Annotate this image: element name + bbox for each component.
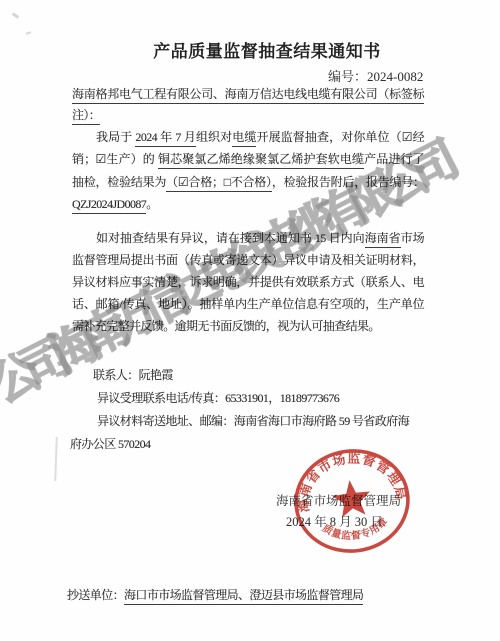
scan-speck xyxy=(12,12,19,18)
text-segment: 联系人：阮艳霞 xyxy=(93,368,173,382)
text-line: QZJ2024JD0087。 xyxy=(72,196,424,212)
text-segment: 抽检，检验结果为 xyxy=(72,175,166,189)
text-segment: 我局于 xyxy=(96,130,135,144)
text-segment: 话、邮箱/传真、地址）。抽样单内生产单位信息有空项的，生产单位 xyxy=(72,297,424,311)
text-line: 我局于 2024 年 7 月组织对电缆开展监督抽查，对你单位（☑经 xyxy=(72,129,424,145)
scan-speck xyxy=(26,31,31,35)
text-line: 销；☑生产）的 铜芯聚氯乙烯绝缘聚氯乙烯护套软电缆产品进行了 xyxy=(72,151,424,167)
underlined-text: 海口市市场监督管理局、澄迈县市场监督管理局 xyxy=(124,588,363,605)
text-line: 府办公区 570204 xyxy=(70,436,150,452)
text-segment: 销；☑生产）的 xyxy=(72,152,158,166)
underlined-text: （☑合格；□不合格） xyxy=(166,175,272,192)
text-segment: 抄送单位： xyxy=(67,588,124,602)
text-line: 海南格邦电气工程有限公司、海南万信达电线电缆有限公司（标签标 xyxy=(72,86,424,102)
text-line: 话、邮箱/传真、地址）。抽样单内生产单位信息有空项的，生产单位 xyxy=(72,296,424,312)
scanned-document-page: 产品质量监督抽查结果通知书 编号：2024-0082 海南格邦电气工程有限公司、… xyxy=(0,0,500,641)
text-segment: 开展监督抽查，对你单位（☑经 xyxy=(256,130,424,144)
text-segment: 监督管理局提出书面（传真或寄递文本）异议申请及相关证明材料， xyxy=(72,253,424,267)
text-line: 抄送单位：海口市市场监督管理局、澄迈县市场监督管理局 xyxy=(67,587,363,603)
document-title: 产品质量监督抽查结果通知书 xyxy=(0,37,500,62)
watermark-fragment: 公司 xyxy=(0,336,67,414)
text-segment: 如对抽查结果有异议，请在接到本通知书 15 日内向 xyxy=(96,231,365,245)
text-segment: 需补充完整并反馈。逾期无书面反馈的，视为认可抽查结果。 xyxy=(72,319,380,333)
text-line: 监督管理局提出书面（传真或寄递文本）异议申请及相关证明材料， xyxy=(72,252,424,268)
underlined-text: 电缆 xyxy=(232,130,256,147)
underlined-text: 海南格邦电气工程有限公司、海南万信达电线电缆有限公司（标签标 xyxy=(72,87,424,104)
text-segment: ，检验报告附后，报告编号： xyxy=(272,175,424,189)
text-line: 抽检，检验结果为（☑合格；□不合格），检验报告附后，报告编号： xyxy=(72,174,424,190)
text-line: 注）： xyxy=(72,107,424,123)
underlined-text: 铜芯聚氯乙烯绝缘聚氯乙烯护套软电缆 xyxy=(158,152,364,169)
underlined-text: 2024 年 7 月 xyxy=(135,130,196,147)
official-seal-stamp: 海南省市场监督管理局 质量监督专用章 xyxy=(284,442,420,560)
text-segment: 。 xyxy=(146,197,157,211)
text-line: 联系人：阮艳霞 xyxy=(93,367,173,383)
text-segment: 产品进行了 xyxy=(364,152,424,166)
text-segment: 异议材料应事实清楚，诉求明确，并提供有效联系方式（联系人、电 xyxy=(72,275,424,289)
text-segment: 市场 xyxy=(401,231,424,245)
document-number: 编号：2024-0082 xyxy=(328,66,423,85)
text-segment: 异议材料寄送地址、邮编：海南省海口市海府路 59 号省政府海 xyxy=(97,414,409,428)
underlined-text: 海南省 xyxy=(365,231,401,248)
underlined-text: 注）： xyxy=(72,108,100,125)
text-line: 需补充完整并反馈。逾期无书面反馈的，视为认可抽查结果。 xyxy=(72,318,424,334)
text-line: 异议材料寄送地址、邮编：海南省海口市海府路 59 号省政府海 xyxy=(97,413,409,429)
seal-star-icon xyxy=(331,478,373,519)
text-line: 如对抽查结果有异议，请在接到本通知书 15 日内向海南省市场 xyxy=(72,230,424,246)
underlined-text: QZJ2024JD0087 xyxy=(72,197,146,214)
scan-streak xyxy=(54,437,58,481)
text-line: 异议受理联系电话/传真：65331901，18189773676 xyxy=(97,390,339,406)
text-segment: 府办公区 570204 xyxy=(70,437,150,451)
text-line: 异议材料应事实清楚，诉求明确，并提供有效联系方式（联系人、电 xyxy=(72,274,424,290)
text-segment: 组织对 xyxy=(196,130,232,144)
text-segment: 异议受理联系电话/传真：65331901，18189773676 xyxy=(97,391,339,405)
